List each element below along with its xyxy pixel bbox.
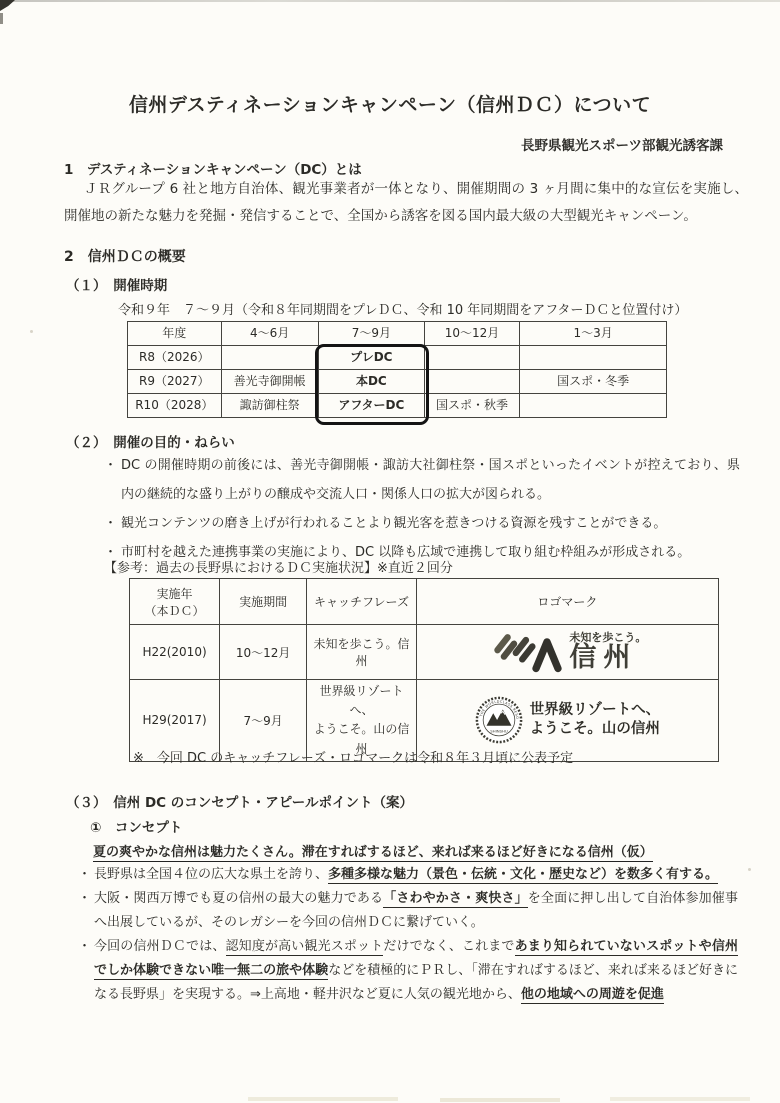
- scan-artifact-bottom: [610, 1097, 750, 1101]
- list-item: DC の開催時期の前後には、善光寺御開帳・諏訪大社御柱祭・国スポといったイベント…: [104, 451, 740, 509]
- list-item: 観光コンテンツの磨き上げが行われることより観光客を惹きつける資源を残すことができ…: [104, 509, 740, 538]
- cell-event: 善光寺御開帳: [221, 370, 318, 394]
- page-title: 信州デスティネーションキャンペーン（信州ＤＣ）について: [0, 90, 780, 117]
- table-row: R8（2026） プレDC: [128, 346, 667, 370]
- mountain-emblem-icon: THE WORLDCLASS RESORT SHINSHU: [475, 696, 523, 744]
- schedule-header-year: 年度: [128, 322, 222, 346]
- schedule-header-row: 年度 4～6月 7～9月 10～12月 1～3月: [128, 322, 667, 346]
- scan-artifact-bottom: [248, 1097, 398, 1101]
- cell-main-dc: 本DC: [318, 370, 424, 394]
- section2-1-heading: （１） 開催時期: [66, 274, 167, 294]
- schedule-header-q2: 7～9月: [318, 322, 424, 346]
- reference-caption: 【参考：過去の長野県におけるＤＣ実施状況】※直近２回分: [104, 557, 453, 576]
- scan-artifact-left-speck: [0, 13, 3, 24]
- cell-pre-dc: プレDC: [318, 346, 424, 370]
- concept-statement: 夏の爽やかな信州は魅力たくさん。滞在すればするほど、来れば来るほど好きになる信州…: [93, 841, 653, 862]
- cell-period: 10～12月: [220, 625, 307, 680]
- logo-release-note: ※ 今回 DC のキャッチフレーズ・ロゴマークは令和８年３月頃に公表予定: [133, 747, 573, 766]
- shinshu-2010-logo: 未知を歩こう。 信州: [419, 630, 716, 674]
- section2-heading: 2 信州ＤＣの概要: [64, 246, 186, 266]
- scan-artifact-corner: [0, 0, 15, 11]
- logo-text-block: 世界級リゾートへ、 ようこそ。山の信州: [530, 701, 661, 740]
- purpose-bullet-list: DC の開催時期の前後には、善光寺御開帳・諏訪大社御柱祭・国スポといったイベント…: [104, 451, 740, 567]
- history-table: 実施年 （本ＤＣ） 実施期間 キャッチフレーズ ロゴマーク H22(2010) …: [129, 578, 719, 762]
- table-row: R10（2028） 諏訪御柱祭 アフターDC 国スポ・秋季: [128, 394, 667, 418]
- list-item: 長野県は全国４位の広大な県土を誇り、多種多様な魅力（景色・伝統・文化・歴史など）…: [78, 863, 738, 887]
- cell-event: [520, 346, 667, 370]
- logo-text-block: 未知を歩こう。 信州: [569, 632, 646, 672]
- cell-event: [221, 346, 318, 370]
- appeal-bullet-list: 長野県は全国４位の広大な県土を誇り、多種多様な魅力（景色・伝統・文化・歴史など）…: [78, 863, 738, 1007]
- shinshu-2017-logo: THE WORLDCLASS RESORT SHINSHU 世界級リゾートへ、 …: [419, 696, 716, 744]
- header-line: 実施年: [132, 585, 217, 602]
- cell-year: R9（2027）: [128, 370, 222, 394]
- section1-heading: 1 デスティネーションキャンペーン（DC）とは: [64, 158, 362, 178]
- list-item: 今回の信州ＤＣでは、認知度が高い観光スポットだけでなく、これまであまり知られてい…: [78, 935, 738, 1007]
- cell-event: 諏訪御柱祭: [221, 394, 318, 418]
- section1-body: ＪＲグループ 6 社と地方自治体、観光事業者が一体となり、開催期間の 3 ヶ月間…: [64, 176, 748, 230]
- scan-artifact-speck: [30, 330, 33, 333]
- logo-line: ようこそ。山の信州: [530, 720, 660, 740]
- scanned-document-page: 信州デスティネーションキャンペーン（信州ＤＣ）について 長野県観光スポーツ部観光…: [0, 0, 780, 1103]
- history-header-period: 実施期間: [220, 579, 307, 625]
- section2-3-heading: （３） 信州 DC のコンセプト・アピールポイント（案）: [66, 791, 413, 811]
- cell-event: [424, 370, 519, 394]
- history-table-wrap: 実施年 （本ＤＣ） 実施期間 キャッチフレーズ ロゴマーク H22(2010) …: [129, 578, 719, 762]
- history-header-row: 実施年 （本ＤＣ） 実施期間 キャッチフレーズ ロゴマーク: [130, 579, 719, 625]
- cell-event: 国スポ・冬季: [520, 370, 667, 394]
- schedule-header-q1: 4～6月: [221, 322, 318, 346]
- cell-event: 国スポ・秋季: [424, 394, 519, 418]
- cell-year: R10（2028）: [128, 394, 222, 418]
- schedule-table-wrap: 年度 4～6月 7～9月 10～12月 1～3月 R8（2026） プレDC R…: [127, 321, 667, 418]
- schedule-header-q4: 1～3月: [520, 322, 667, 346]
- history-header-phrase: キャッチフレーズ: [307, 579, 417, 625]
- cell-after-dc: アフターDC: [318, 394, 424, 418]
- table-row: R9（2027） 善光寺御開帳 本DC 国スポ・冬季: [128, 370, 667, 394]
- cell-year: R8（2026）: [128, 346, 222, 370]
- schedule-header-q3: 10～12月: [424, 322, 519, 346]
- schedule-intro: 令和９年 ７～９月（令和８年同期間をプレＤＣ、令和 10 年同期間をアフターＤＣ…: [118, 299, 687, 318]
- history-header-year: 実施年 （本ＤＣ）: [130, 579, 220, 625]
- concept-item-heading: ① コンセプト: [90, 816, 182, 836]
- schedule-table: 年度 4～6月 7～9月 10～12月 1～3月 R8（2026） プレDC R…: [127, 321, 667, 418]
- cell-year: H22(2010): [130, 625, 220, 680]
- logo-name: 信州: [569, 644, 637, 672]
- scan-artifact-bottom: [440, 1098, 560, 1102]
- phrase-line: 世界級リゾートへ、: [309, 682, 414, 720]
- header-line: （本ＤＣ）: [132, 602, 217, 619]
- cell-event: [424, 346, 519, 370]
- department-name: 長野県観光スポーツ部観光誘客課: [521, 134, 723, 154]
- logo-line: 世界級リゾートへ、: [530, 701, 661, 721]
- walking-figures-icon: [488, 630, 562, 674]
- cell-logo-h22: 未知を歩こう。 信州: [416, 625, 718, 680]
- emblem-bottom-text: SHINSHU: [490, 729, 508, 734]
- list-item: 大阪・関西万博でも夏の信州の最大の魅力である「さわやかさ・爽快さ」を全面に押し出…: [78, 887, 738, 935]
- history-header-logo: ロゴマーク: [416, 579, 718, 625]
- scan-artifact-top-edge: [0, 0, 780, 2]
- section2-2-heading: （２） 開催の目的・ねらい: [66, 431, 235, 451]
- cell-event: [520, 394, 667, 418]
- scan-artifact-speck: [748, 868, 751, 871]
- cell-phrase: 未知を歩こう。信州: [307, 625, 417, 680]
- table-row: H22(2010) 10～12月 未知を歩こう。信州: [130, 625, 719, 680]
